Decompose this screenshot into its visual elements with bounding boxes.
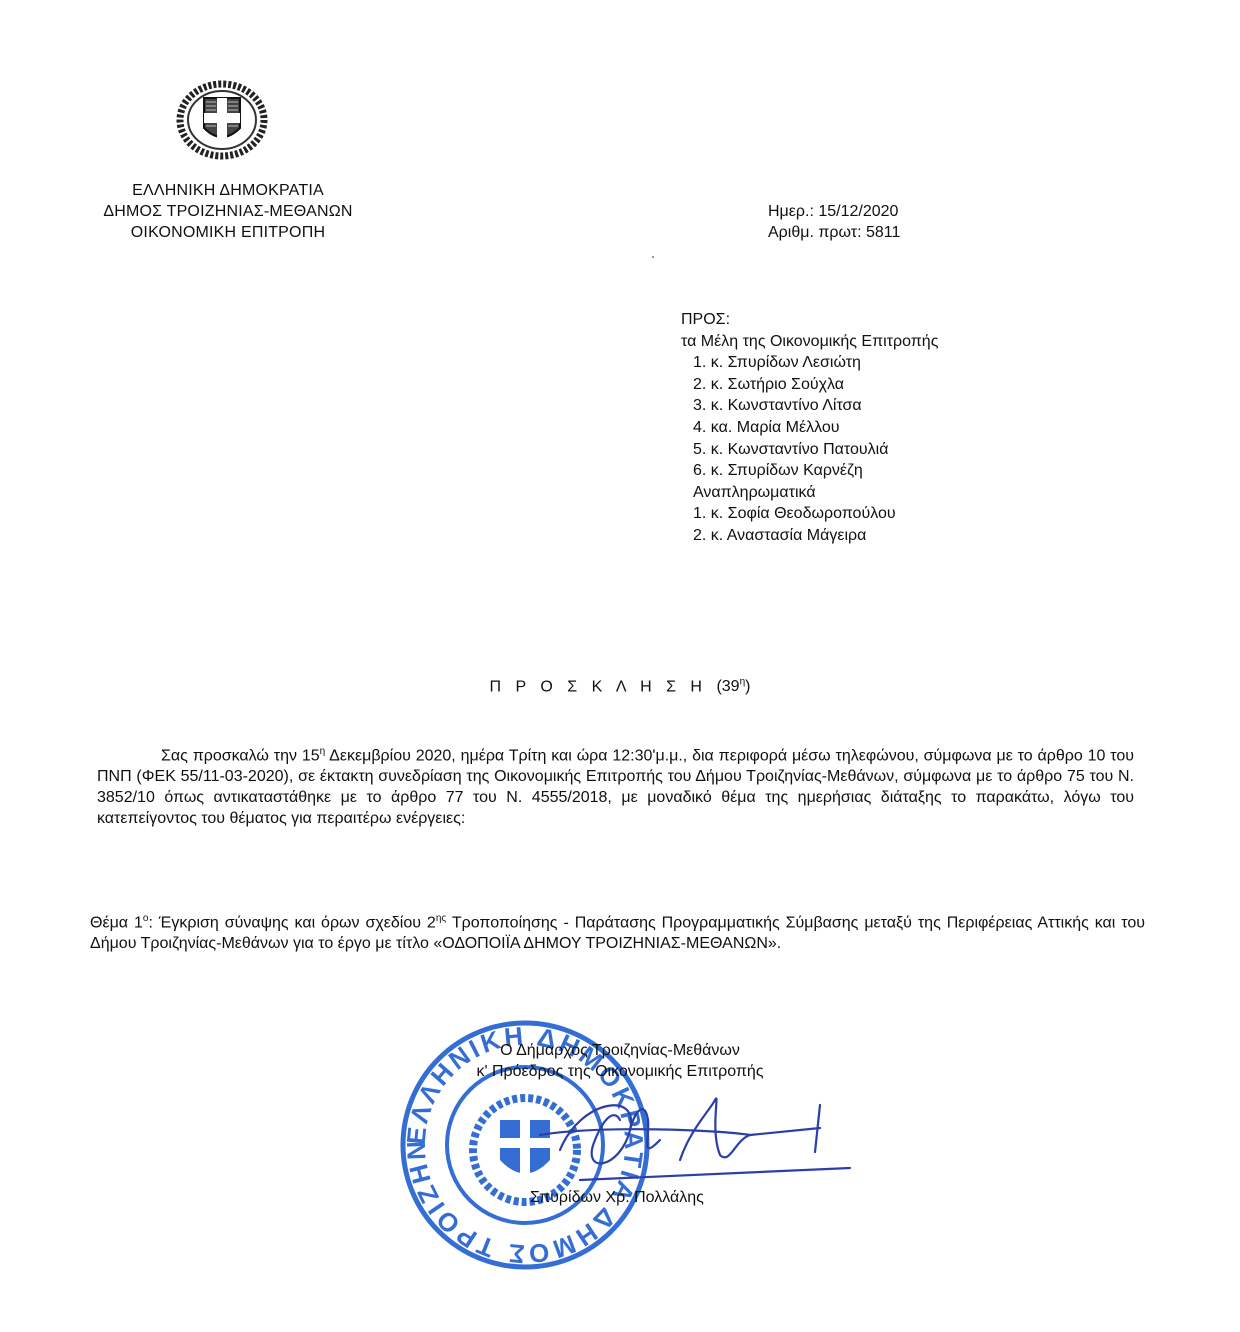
recipient-item: 5. κ. Κωνσταντίνο Πατουλιά xyxy=(681,439,938,461)
subject-label: Θέμα 1 xyxy=(90,914,143,931)
recipients-group: τα Μέλη της Οικονομικής Επιτροπής xyxy=(681,331,938,353)
document-title: Π Ρ Ο Σ Κ Λ Η Σ Η (39η) xyxy=(0,677,1240,696)
document-date: Ημερ.: 15/12/2020 xyxy=(768,201,900,222)
subject-text-start: : Έγκριση σύναψης και όρων σχεδίου 2 xyxy=(148,914,435,931)
subject-ordinal-suffix: ης xyxy=(436,913,446,924)
recipients-block: ΠΡΟΣ: τα Μέλη της Οικονομικής Επιτροπής … xyxy=(681,309,938,547)
recipients-heading: ΠΡΟΣ: xyxy=(681,309,938,331)
invitation-body: Σας προσκαλώ την 15η Δεκεμβρίου 2020, ημ… xyxy=(97,741,1134,829)
body-text-start: Σας προσκαλώ την 15 xyxy=(161,747,320,764)
scan-speck xyxy=(652,256,654,258)
signatory-line-1: Ο Δήμαρχος Τροιζηνίας-Μεθάνων xyxy=(400,1040,840,1061)
alternate-item: 2. κ. Αναστασία Μάγειρα xyxy=(681,525,938,547)
agenda-subject: Θέμα 1ο: Έγκριση σύναψης και όρων σχεδίο… xyxy=(90,908,1145,954)
title-number-value: (39 xyxy=(716,678,739,695)
signatory-line-2: κ' Πρόεδρος της Οικονομικής Επιτροπής xyxy=(400,1061,840,1082)
signatory-name: Σπυρίδων Χρ. Πολλάλης xyxy=(530,1189,704,1207)
document-meta: Ημερ.: 15/12/2020 Αριθμ. πρωτ: 5811 xyxy=(768,201,900,243)
alternates-heading: Αναπληρωματικά xyxy=(681,482,938,504)
protocol-number: Αριθμ. πρωτ: 5811 xyxy=(768,222,900,243)
recipient-item: 6. κ. Σπυρίδων Καρνέζη xyxy=(681,460,938,482)
header-line-country: ΕΛΛΗΝΙΚΗ ΔΗΜΟΚΡΑΤΙΑ xyxy=(70,180,386,201)
signatory-title: Ο Δήμαρχος Τροιζηνίας-Μεθάνων κ' Πρόεδρο… xyxy=(400,1040,840,1082)
invitation-paragraph: Σας προσκαλώ την 15η Δεκεμβρίου 2020, ημ… xyxy=(97,741,1134,829)
recipient-item: 1. κ. Σπυρίδων Λεσιώτη xyxy=(681,352,938,374)
header-line-committee: ΟΙΚΟΝΟΜΙΚΗ ΕΠΙΤΡΟΠΗ xyxy=(70,222,386,243)
issuer-header: ΕΛΛΗΝΙΚΗ ΔΗΜΟΚΡΑΤΙΑ ΔΗΜΟΣ ΤΡΟΙΖΗΝΙΑΣ-ΜΕΘ… xyxy=(70,180,386,243)
recipient-item: 3. κ. Κωνσταντίνο Λίτσα xyxy=(681,395,938,417)
header-line-municipality: ΔΗΜΟΣ ΤΡΟΙΖΗΝΙΑΣ-ΜΕΘΑΝΩΝ xyxy=(70,201,386,222)
alternate-item: 1. κ. Σοφία Θεοδωροπούλου xyxy=(681,503,938,525)
recipient-item: 2. κ. Σωτήριο Σούχλα xyxy=(681,374,938,396)
title-text: Π Ρ Ο Σ Κ Λ Η Σ Η xyxy=(490,678,707,695)
title-number-close: ) xyxy=(745,678,750,695)
handwritten-signature xyxy=(520,1080,860,1190)
title-number: (39η) xyxy=(716,678,750,695)
recipient-item: 4. κα. Μαρία Μέλλου xyxy=(681,417,938,439)
greek-coat-of-arms-icon xyxy=(176,80,268,160)
